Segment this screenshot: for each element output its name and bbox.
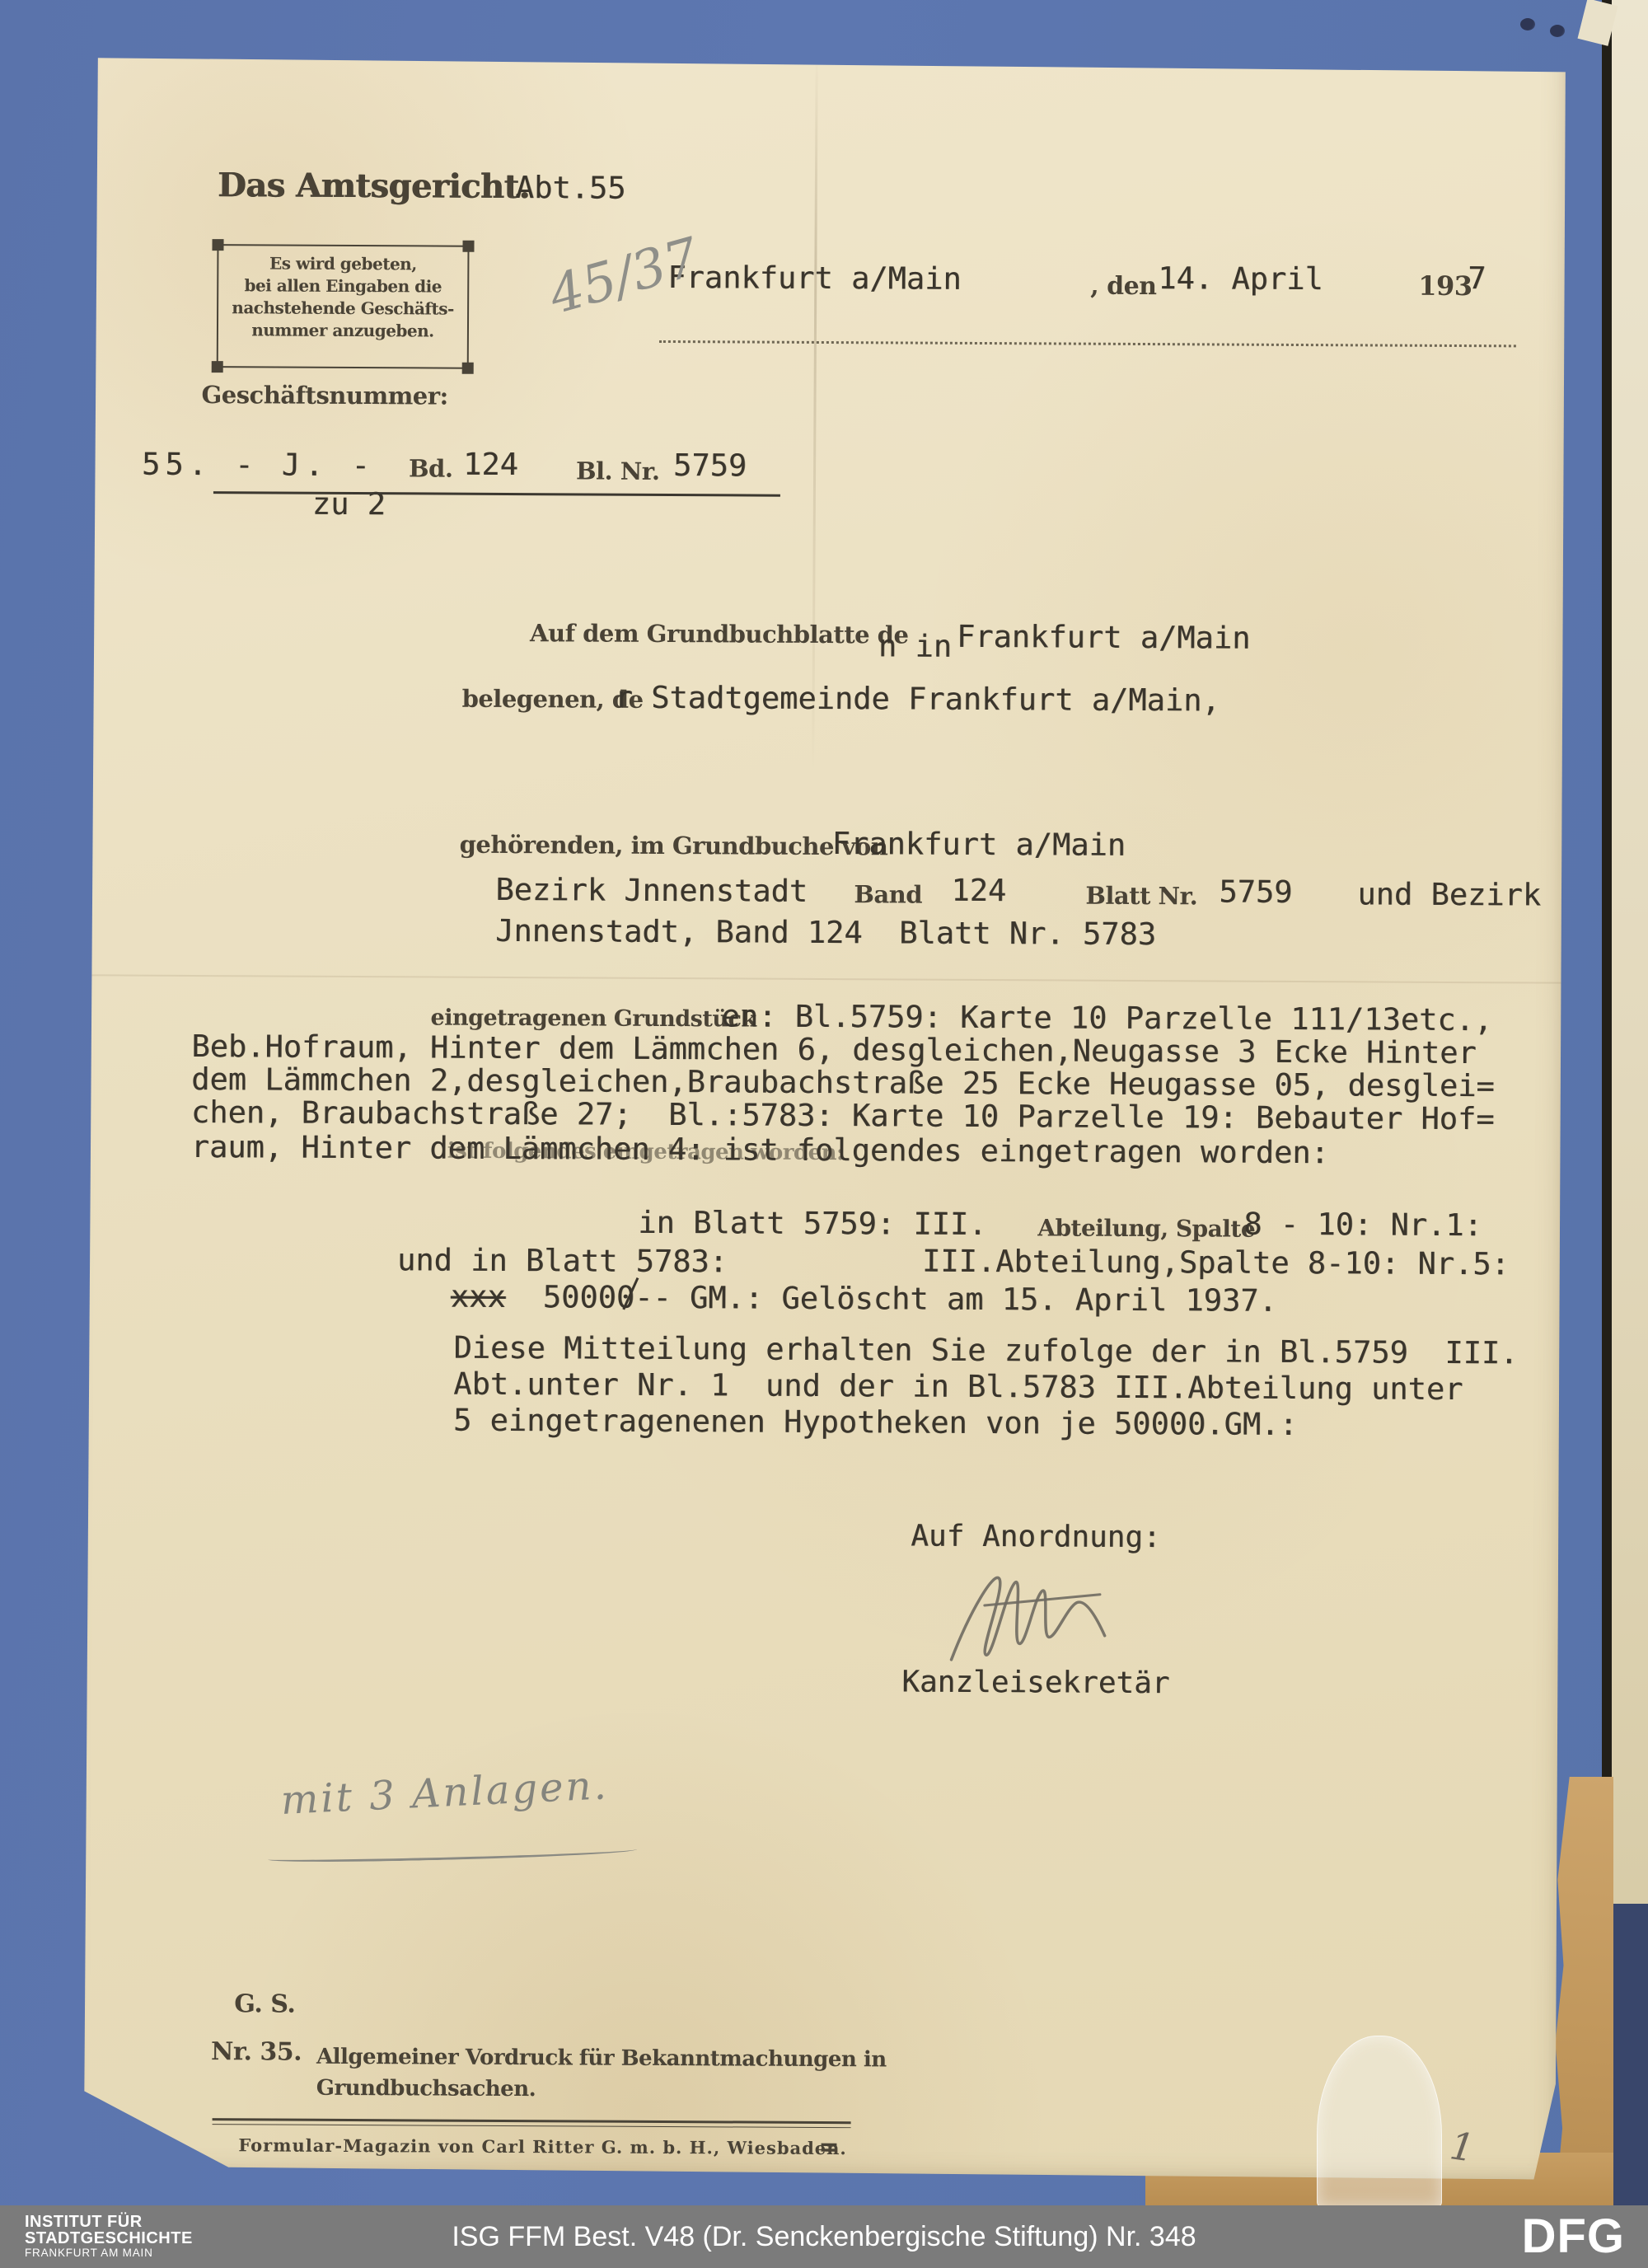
band-printed: Band (854, 880, 922, 908)
fold-crease (87, 974, 1562, 983)
entry-amount-typed: 50000-- GM.: Gelöscht am 15. April 1937. (543, 1279, 1277, 1319)
mitteilung-line2: Abt.unter Nr. 1 und der in Bl.5783 III.A… (453, 1366, 1463, 1407)
den-label: , den (1090, 272, 1156, 301)
band-typed: 124 (951, 873, 1006, 908)
abteilung-spalte-printed: Abteilung, Spalte (1037, 1214, 1255, 1242)
archive-caption: ISG FFM Best. V48 (Dr. Senckenbergische … (0, 2205, 1648, 2268)
band-label: Bd. (409, 454, 453, 482)
entry-abteilung2-typed: III.Abteilung,Spalte 8-10: Nr.5: (922, 1244, 1510, 1282)
adjacent-page-edge (1612, 0, 1648, 1904)
notice-line: nachstehende Geschäfts- (218, 297, 467, 321)
date-rule (659, 340, 1516, 347)
box-corner (212, 361, 223, 373)
archive-footer-bar: INSTITUT FÜR STADTGESCHICHTE FRANKFURT A… (0, 2205, 1648, 2268)
date-typed: 14. April (1158, 260, 1323, 297)
form-number: Nr. 35. (211, 2037, 302, 2067)
entry-crossed-out: xxx (451, 1279, 506, 1314)
box-corner (462, 241, 474, 252)
blatt-nr-printed: Blatt Nr. (1085, 882, 1197, 911)
file-number-value: 55. - J. - (142, 447, 375, 483)
box-corner (462, 363, 474, 374)
adjacent-page-edge-lower (1612, 1904, 1648, 2205)
dfg-logo: DFG (1522, 2209, 1625, 2264)
form-description-line2: Grundbuchsachen. (316, 2076, 536, 2102)
gehoerenden-typed: Frankfurt a/Main (832, 826, 1126, 863)
und-bezirk-typed: und Bezirk (1357, 876, 1541, 912)
gehoerenden-printed: gehörenden, im Grundbuche von (460, 831, 888, 861)
form-series: G. S. (234, 1989, 295, 2018)
belegenen-typed: r Stadtgemeinde Frankfurt a/Main, (615, 680, 1220, 719)
entry-blatt5783-typed: und in Blatt 5783: (397, 1242, 728, 1279)
court-title: Das Amtsgericht. (218, 166, 530, 206)
year-printed: 193 (1418, 270, 1472, 302)
blatt-nr-typed: 5759 (1219, 874, 1292, 910)
kanzleisekretaer-title: Kanzleisekretär (901, 1666, 1169, 1701)
year-typed: 7 (1468, 260, 1486, 296)
bezirk-line2-typed: Jnnenstadt, Band 124 Blatt Nr. 5783 (495, 913, 1156, 952)
form-description-line1: Allgemeiner Vordruck für Bekanntmachunge… (316, 2045, 887, 2073)
city-typed: Frankfurt a/Main (667, 260, 962, 297)
file-number-underline (213, 491, 780, 497)
form-footer-rule (213, 2118, 851, 2128)
pencil-registry-note: 45/37 (543, 227, 706, 326)
bezirk-typed: Bezirk Jnnenstadt (495, 872, 808, 909)
kraft-paper-right (1554, 1777, 1613, 2205)
notice-box: Es wird gebeten, bei allen Eingaben die … (217, 244, 470, 369)
file-number-label: Geschäftsnummer: (201, 381, 447, 410)
punch-hole (1550, 25, 1565, 37)
handwritten-attachments-note: mit 3 Anlagen. (280, 1762, 610, 1824)
blatt-label: Bl. Nr. (576, 457, 660, 485)
auf-typed-n-in: n in (878, 628, 952, 663)
entry-blatt5759-typed: in Blatt 5759: III. (638, 1205, 986, 1242)
notice-line: nummer anzugeben. (218, 319, 467, 343)
band-value: 124 (463, 447, 518, 482)
notice-line: bei allen Eingaben die (218, 274, 467, 298)
auf-typed-city: Frankfurt a/Main (957, 619, 1251, 656)
box-corner (212, 239, 223, 251)
eingetragenen-grundstueck-printed: eingetragenen Grundstück (431, 1005, 756, 1032)
publisher-mark: = (818, 2133, 839, 2162)
parcel-line5: raum, Hinter dem Lämmchen 4: ist folgend… (191, 1129, 1329, 1170)
fold-crease (812, 51, 818, 776)
entry-spalte-typed: 8 - 10: Nr.1: (1243, 1207, 1482, 1244)
mitteilung-line1: Diese Mitteilung erhalten Sie zufolge de… (453, 1330, 1518, 1371)
blatt-value: 5759 (673, 448, 747, 483)
auf-grundbuchblatte-printed: Auf dem Grundbuchblatte de (530, 619, 909, 649)
auf-anordnung-label: Auf Anordnung: (911, 1520, 1161, 1555)
document-page: Das Amtsgericht. Abt.55 Frankfurt a/Main… (81, 47, 1566, 2179)
handwritten-signature (936, 1554, 1126, 1679)
department-number: Abt.55 (516, 170, 626, 206)
attachments-underline (268, 1845, 637, 1863)
punch-hole (1520, 18, 1535, 30)
form-publisher: Formular-Magazin von Carl Ritter G. m. b… (238, 2134, 846, 2158)
notice-line: Es wird gebeten, (218, 252, 467, 276)
mitteilung-line3: 5 eingetragenenen Hypotheken von je 5000… (453, 1403, 1298, 1442)
